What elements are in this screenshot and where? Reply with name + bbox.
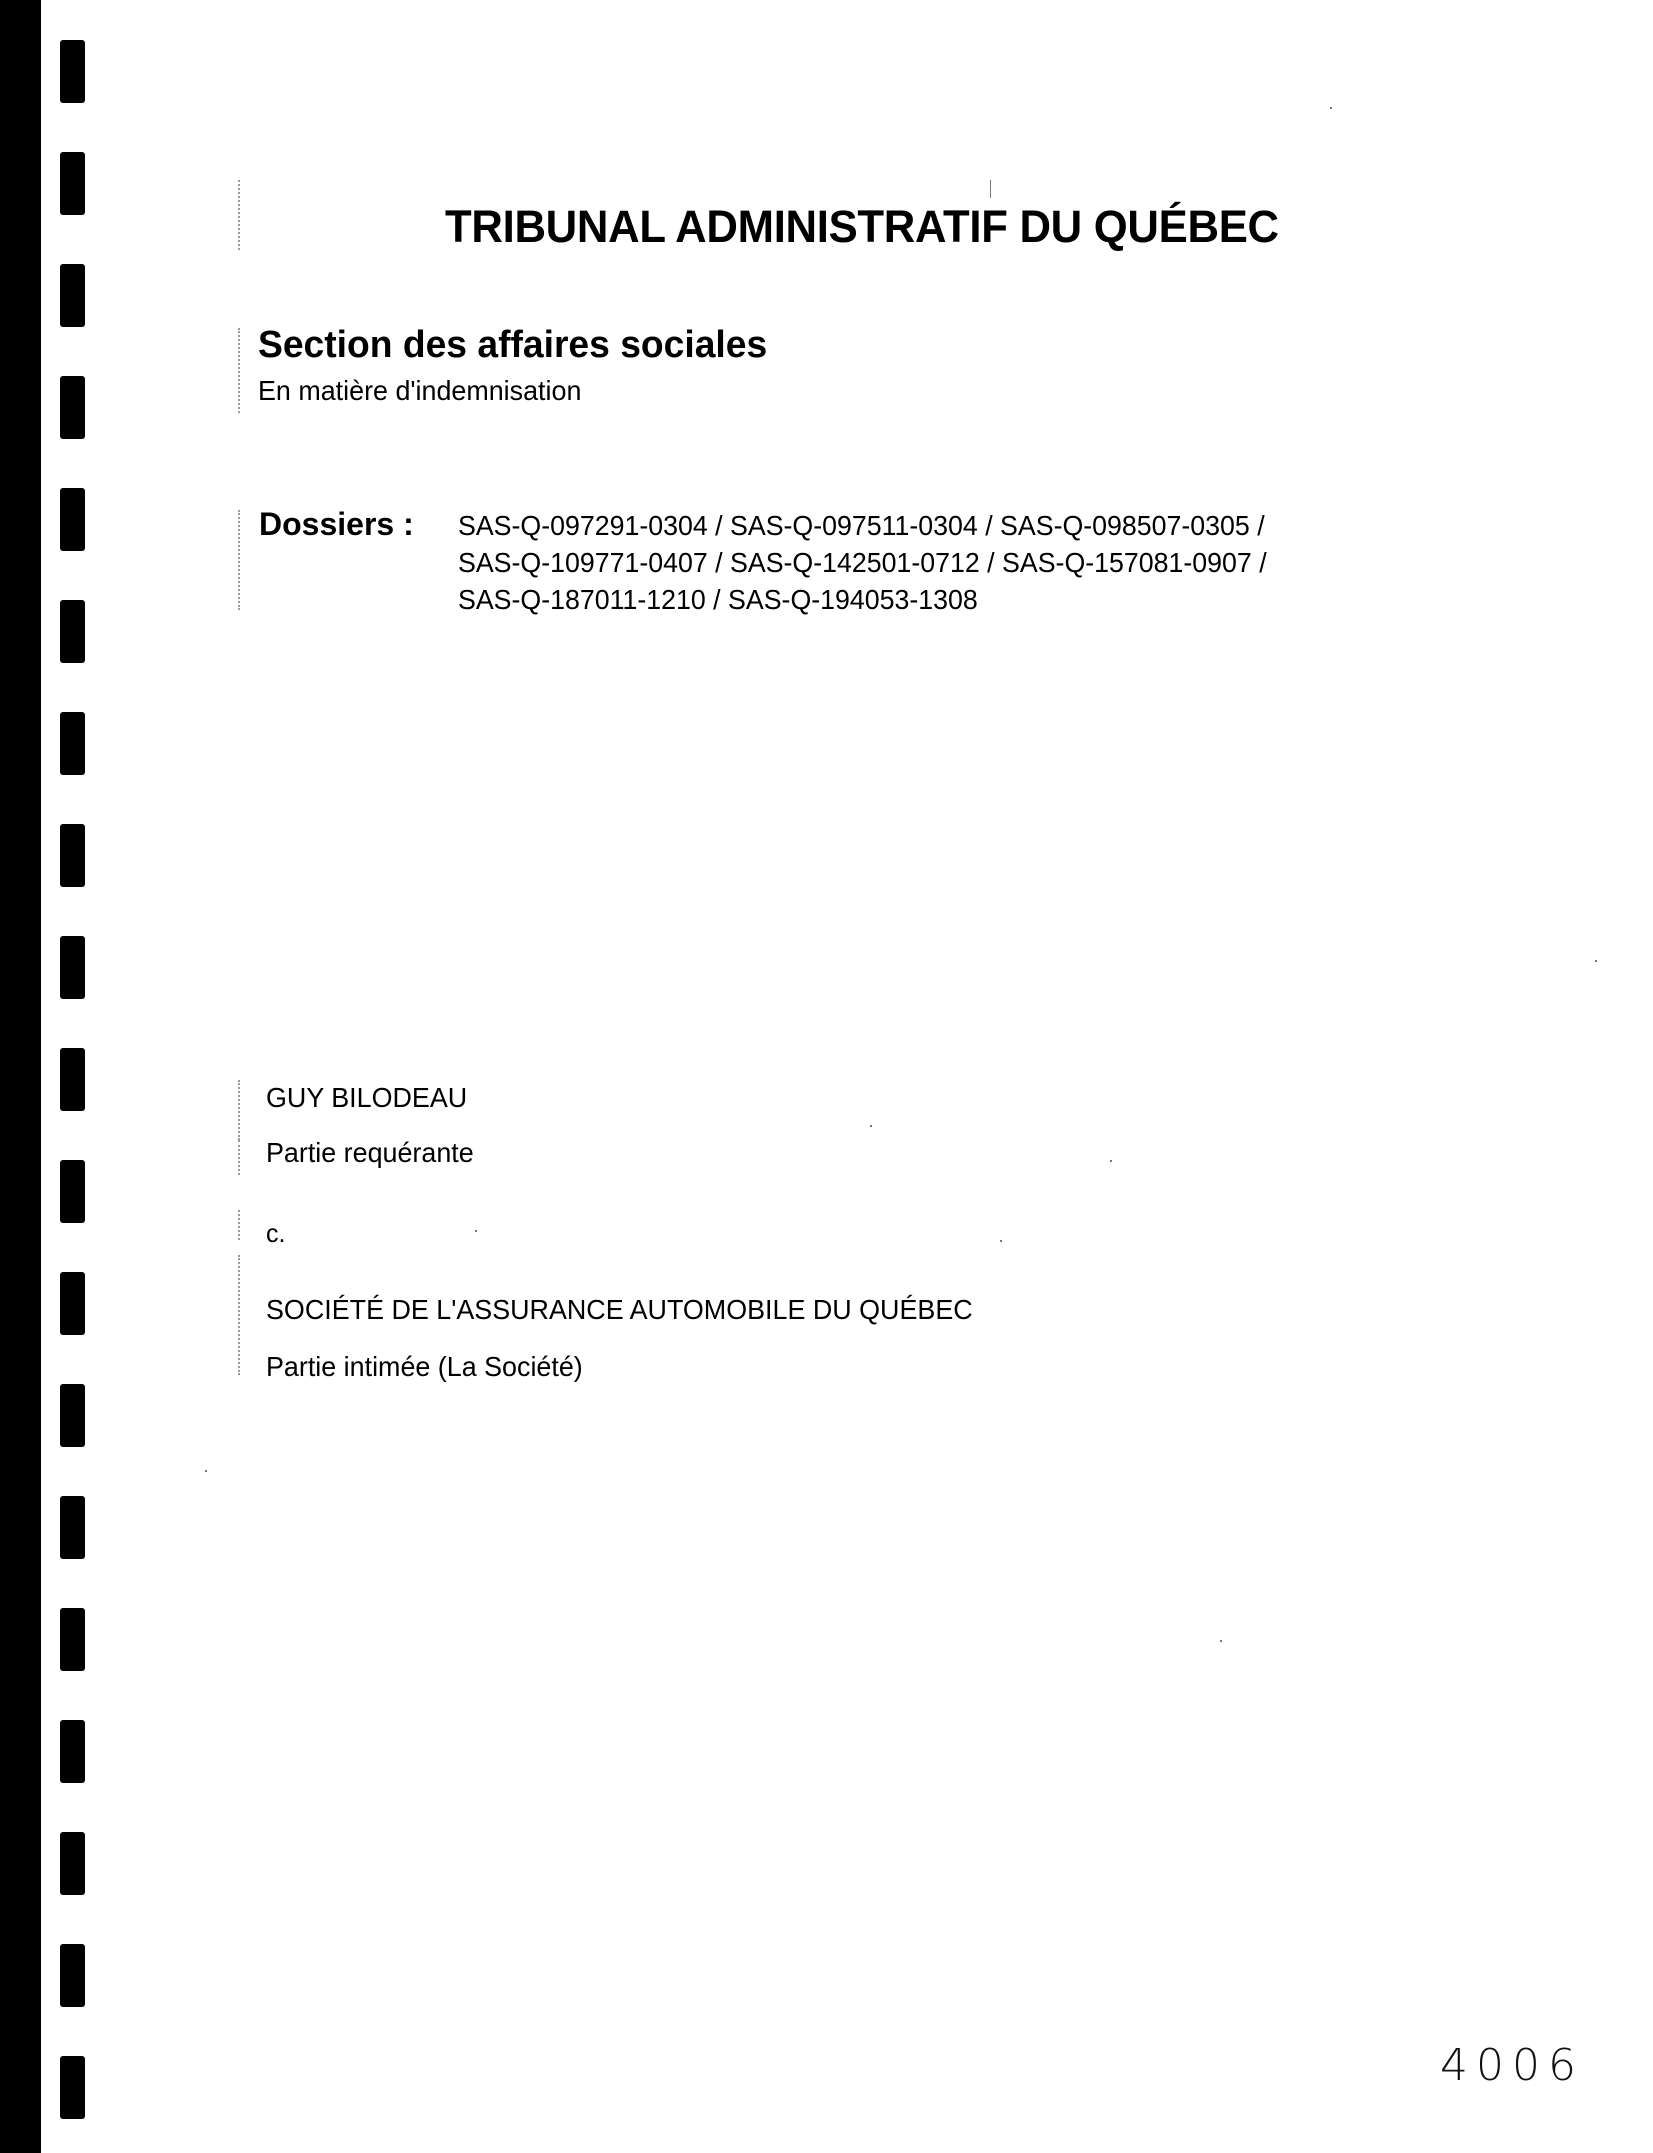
dossiers-line: SAS-Q-097291-0304 / SAS-Q-097511-0304 / … bbox=[458, 507, 1267, 544]
section-subheading: En matière d'indemnisation bbox=[258, 375, 581, 407]
margin-mark bbox=[238, 1140, 240, 1175]
dossiers-list: SAS-Q-097291-0304 / SAS-Q-097511-0304 / … bbox=[458, 507, 1267, 618]
dossiers-line: SAS-Q-109771-0407 / SAS-Q-142501-0712 / … bbox=[458, 544, 1267, 581]
scan-speck bbox=[870, 1125, 872, 1127]
binding-hole bbox=[60, 1272, 85, 1335]
margin-mark bbox=[238, 1210, 240, 1240]
binding-hole bbox=[60, 1832, 85, 1895]
binding-hole bbox=[60, 1720, 85, 1783]
binding-hole bbox=[60, 40, 85, 103]
binding-hole bbox=[60, 1160, 85, 1223]
scan-speck bbox=[1595, 960, 1597, 962]
scan-speck bbox=[990, 180, 991, 198]
document-title: TRIBUNAL ADMINISTRATIF DU QUÉBEC bbox=[445, 201, 1279, 253]
applicant-name: GUY BILODEAU bbox=[266, 1082, 467, 1114]
scan-speck bbox=[1220, 1640, 1222, 1642]
scan-speck bbox=[1000, 1240, 1002, 1242]
binding-hole bbox=[60, 152, 85, 215]
margin-mark bbox=[238, 1255, 240, 1375]
versus-label: c. bbox=[266, 1218, 285, 1249]
binding-hole bbox=[60, 2056, 85, 2119]
binding-hole bbox=[60, 1496, 85, 1559]
scan-speck bbox=[205, 1470, 207, 1472]
binding-hole bbox=[60, 824, 85, 887]
margin-mark bbox=[238, 328, 240, 413]
scan-speck bbox=[1330, 107, 1332, 109]
dossiers-label: Dossiers : bbox=[259, 506, 414, 543]
binding-holes bbox=[0, 0, 120, 2153]
binding-hole bbox=[60, 600, 85, 663]
page-number-stamp: 4006 bbox=[1440, 2040, 1584, 2091]
margin-mark bbox=[238, 1080, 240, 1140]
respondent-role: Partie intimée (La Société) bbox=[266, 1351, 583, 1383]
binding-hole bbox=[60, 264, 85, 327]
applicant-role: Partie requérante bbox=[266, 1137, 474, 1169]
scan-speck bbox=[475, 1230, 477, 1232]
binding-hole bbox=[60, 376, 85, 439]
binding-hole bbox=[60, 1608, 85, 1671]
section-heading: Section des affaires sociales bbox=[258, 324, 767, 367]
binding-hole bbox=[60, 936, 85, 999]
binding-hole bbox=[60, 1048, 85, 1111]
margin-mark bbox=[238, 510, 240, 610]
binding-hole bbox=[60, 488, 85, 551]
scan-speck bbox=[1110, 1160, 1112, 1162]
margin-mark bbox=[238, 180, 240, 250]
binding-hole bbox=[60, 712, 85, 775]
dossiers-line: SAS-Q-187011-1210 / SAS-Q-194053-1308 bbox=[458, 581, 1267, 618]
binding-hole bbox=[60, 1944, 85, 2007]
respondent-name: SOCIÉTÉ DE L'ASSURANCE AUTOMOBILE DU QUÉ… bbox=[266, 1294, 973, 1326]
binding-hole bbox=[60, 1384, 85, 1447]
